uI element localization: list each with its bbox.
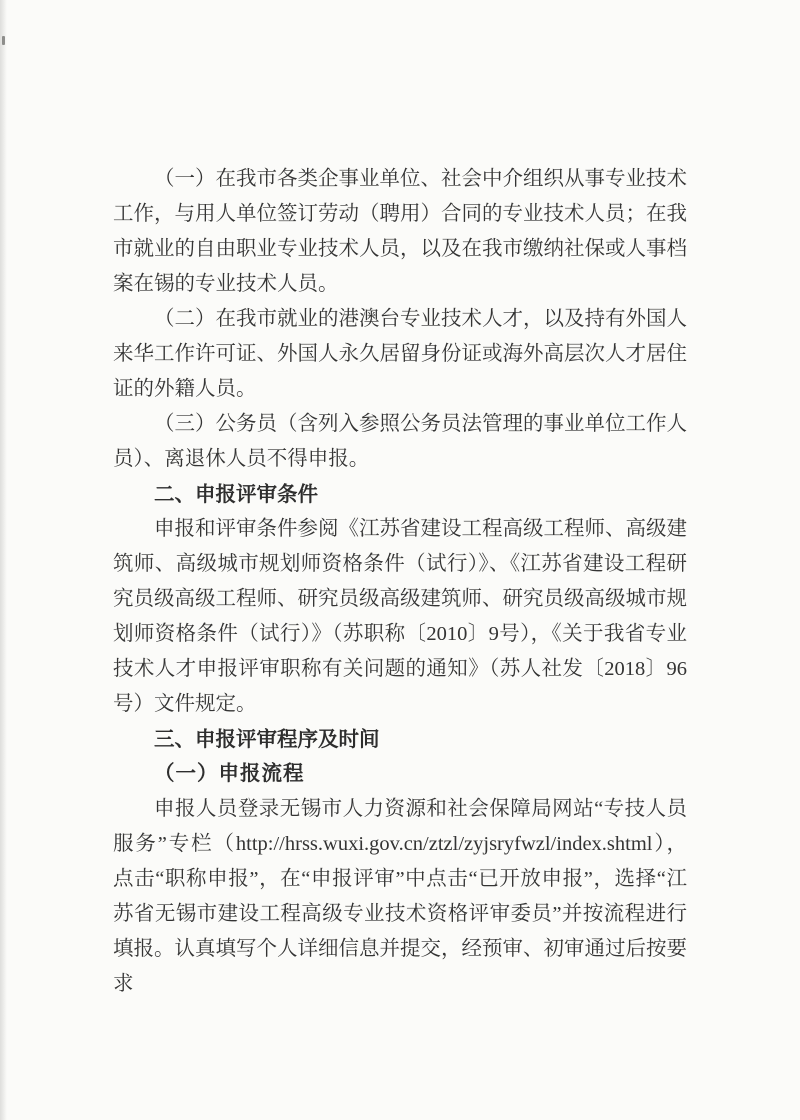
scan-edge-shadow <box>0 0 7 1120</box>
paragraph-application-flow: 申报人员登录无锡市人力资源和社会保障局网站“专技人员服务”专栏（http://h… <box>113 792 687 1002</box>
section-heading-procedure-and-time: 三、申报评审程序及时间 <box>113 722 687 757</box>
scanned-document-page: （一）在我市各类企事业单位、社会中介组织从事专业技术工作，与用人单位签订劳动（聘… <box>0 0 800 1120</box>
scan-artifact-speck <box>2 36 5 45</box>
paragraph-review-conditions: 申报和评审条件参阅《江苏省建设工程高级工程师、高级建筑师、高级城市规划师资格条件… <box>113 512 687 722</box>
paragraph-eligibility-item-1: （一）在我市各类企事业单位、社会中介组织从事专业技术工作，与用人单位签订劳动（聘… <box>113 162 687 302</box>
paragraph-eligibility-item-3: （三）公务员（含列入参照公务员法管理的事业单位工作人员）、离退休人员不得申报。 <box>113 407 687 477</box>
document-body: （一）在我市各类企事业单位、社会中介组织从事专业技术工作，与用人单位签订劳动（聘… <box>113 162 687 1002</box>
paragraph-eligibility-item-2: （二）在我市就业的港澳台专业技术人才，以及持有外国人来华工作许可证、外国人永久居… <box>113 302 687 407</box>
subsection-heading-application-flow: （一）申报流程 <box>113 757 687 792</box>
section-heading-review-conditions: 二、申报评审条件 <box>113 477 687 512</box>
